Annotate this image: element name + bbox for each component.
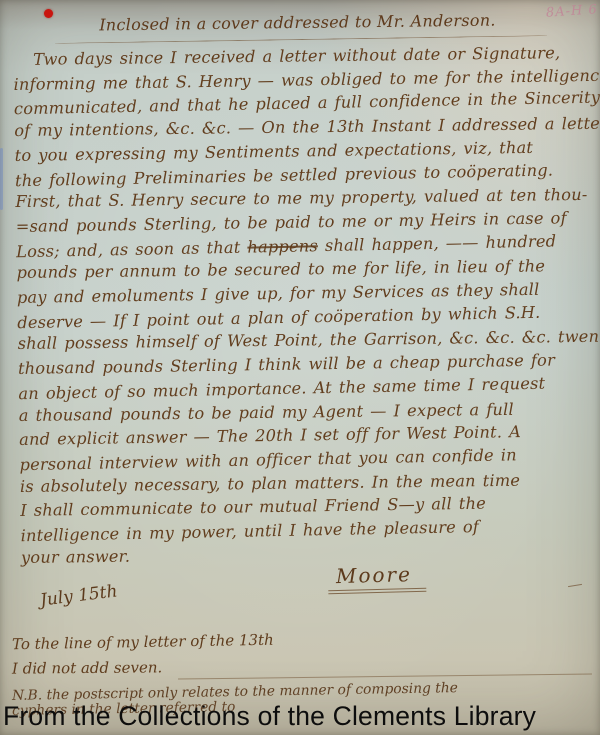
struck-word: happens [247, 236, 318, 256]
letter-heading: Inclosed in a cover addressed to Mr. And… [60, 10, 535, 35]
archival-corner-mark: 8A-H 6 [546, 2, 599, 21]
postscript-rule [178, 673, 592, 679]
manuscript-page: 8A-H 6 Inclosed in a cover addressed to … [0, 0, 600, 735]
date-line: July 15th [39, 581, 118, 610]
blue-pencil-mark [0, 148, 3, 210]
postscript-line: I did not add seven. [12, 658, 162, 677]
library-caption: From the Collections of the Clements Lib… [3, 701, 599, 732]
signature-moore: Moore [328, 562, 427, 595]
stray-pen-mark [568, 584, 582, 587]
letter-line-text: shall happen, —— hundred [318, 231, 557, 255]
postscript-line: To the line of my letter of the 13th [12, 631, 274, 654]
letter-line-text: Loss; and, as soon as that [16, 237, 248, 261]
red-dot-marker [44, 9, 53, 18]
letter-body: Two days since I received a letter witho… [13, 40, 600, 571]
